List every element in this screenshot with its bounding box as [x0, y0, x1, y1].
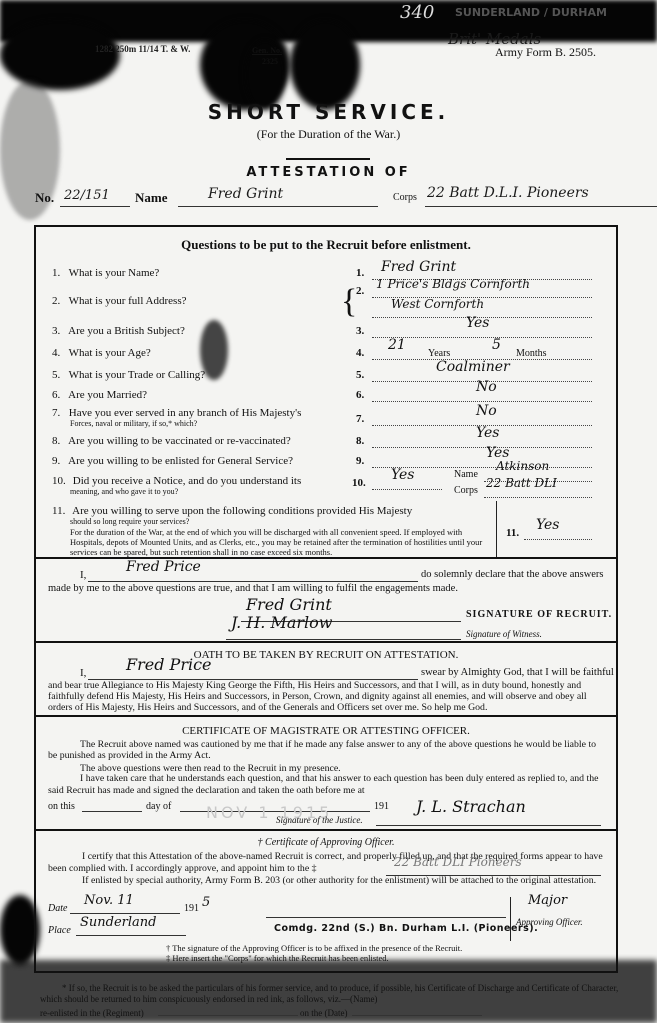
no-field[interactable]: 22/151 — [60, 188, 130, 207]
no-value: 22/151 — [64, 188, 110, 203]
answer-4-months: 5 — [492, 337, 501, 353]
corps-field[interactable]: 22 Batt D.L.I. Pioneers — [425, 188, 657, 207]
questions-heading: Questions to be put to the Recruit befor… — [36, 237, 616, 253]
no-label: No. — [35, 190, 54, 206]
answer-num-1: 1. — [356, 267, 364, 279]
stain-top-center-right — [290, 20, 360, 110]
place-value: Sunderland — [80, 915, 156, 930]
notice-name-value: Atkinson — [496, 459, 549, 473]
answer-6: No — [476, 379, 497, 395]
approval-year-prefix: 191 — [184, 903, 199, 914]
archive-stamp: SUNDERLAND / DURHAM — [455, 6, 607, 19]
answer-11: Yes — [536, 517, 560, 533]
declaration-text-2: made by me to the above questions are tr… — [48, 583, 458, 594]
question-9: 9. Are you willing to be enlisted for Ge… — [52, 455, 293, 467]
question-7: 7. Have you ever served in any branch of… — [52, 407, 301, 428]
attestation-frame: Questions to be put to the Recruit befor… — [34, 225, 618, 973]
officer-stamp: Comdg. 22nd (S.) Bn. Durham L.I. (Pionee… — [274, 923, 538, 934]
notice-corps-value: 22 Batt DLI — [486, 476, 557, 490]
magistrate-section: CERTIFICATE OF MAGISTRATE OR ATTESTING O… — [36, 717, 616, 831]
corps-label: Corps — [393, 192, 417, 203]
name-label: Name — [135, 190, 168, 206]
stain-top-left — [0, 20, 120, 90]
print-code: 1282 250m 11/14 T. & W. — [95, 44, 190, 54]
date-label: Date — [48, 903, 67, 914]
bracket — [496, 501, 497, 557]
footnote-regiment-label: re-enlisted in the (Regiment) — [40, 1007, 144, 1019]
appointed-corps: 22 Batt DLI Pioneers — [394, 855, 522, 869]
approving-p2: If enlisted by special authority, Army F… — [48, 875, 603, 887]
officer-bracket — [510, 897, 511, 941]
question-3: 3. Are you a British Subject? — [52, 325, 185, 337]
title-short-service: SHORT SERVICE. — [0, 100, 657, 124]
question-1: 1. What is your Name? — [52, 267, 159, 279]
answer-10: Yes — [391, 467, 415, 483]
answer-num-3: 3. — [356, 325, 364, 337]
answer-1: Fred Grint — [381, 259, 456, 275]
question-11: 11. Are you willing to serve upon the fo… — [52, 505, 492, 526]
question-6: 6. Are you Married? — [52, 389, 147, 401]
magistrate-heading: CERTIFICATE OF MAGISTRATE OR ATTESTING O… — [36, 725, 616, 737]
approving-officer-label: Approving Officer. — [516, 917, 583, 927]
oath-name-value: Fred Price — [126, 655, 212, 674]
answer-num-4: 4. — [356, 347, 364, 359]
answer-num-9: 9. — [356, 455, 364, 467]
recruit-header-row: No. 22/151 Name Fred Grint Corps 22 Batt… — [30, 188, 657, 210]
witness-signature-label: Signature of Witness. — [466, 629, 542, 639]
approving-section: † Certificate of Approving Officer. I ce… — [36, 831, 616, 969]
answer-num-2: 2. — [356, 285, 364, 297]
footnote-date-label: on the (Date) — [300, 1007, 347, 1019]
footnote-text: * If so, the Recruit is to be asked the … — [40, 983, 620, 1005]
answer-4-years: 21 — [388, 337, 406, 353]
question-4: 4. What is your Age? — [52, 347, 151, 359]
justice-signature: J. L. Strachan — [416, 797, 526, 816]
answer-num-8: 8. — [356, 435, 364, 447]
on-this-label: on this — [48, 801, 75, 812]
oath-text: and bear true Allegiance to His Majesty … — [48, 680, 603, 713]
name-value: Fred Grint — [208, 186, 283, 202]
witness-signature: J. H. Marlow — [231, 613, 332, 632]
notice-name-label: Name — [454, 469, 478, 480]
date-value: Nov. 11 — [84, 893, 134, 908]
answer-num-7: 7. — [356, 413, 364, 425]
oath-prefix: I, — [80, 667, 86, 679]
approving-heading: † Certificate of Approving Officer. — [36, 837, 616, 848]
footnote-regiment-field[interactable] — [158, 1005, 298, 1016]
answer-2b: West Cornforth — [391, 297, 484, 311]
question-10: 10. Did you receive a Notice, and do you… — [52, 475, 301, 496]
gen-no-value: 2325 — [262, 57, 278, 66]
title-attestation: ATTESTATION OF — [0, 165, 657, 180]
title-subtitle: (For the Duration of the War.) — [0, 127, 657, 142]
question-2: 2. What is your full Address? — [52, 295, 187, 307]
questions-section: Questions to be put to the Recruit befor… — [36, 227, 616, 559]
question-8: 8. Are you willing to be vaccinated or r… — [52, 435, 291, 447]
brace: { — [341, 283, 357, 321]
magistrate-p3: I have taken care that he understands ea… — [48, 773, 603, 796]
declaration-prefix: I, — [80, 569, 86, 581]
approval-year-value: 5 — [202, 895, 210, 910]
corps-value: 22 Batt D.L.I. Pioneers — [427, 185, 589, 201]
answer-2a: 1 Price's Bldgs Cornforth — [376, 277, 530, 291]
justice-signature-label: Signature of the Justice. — [276, 815, 363, 825]
service-conditions: For the duration of the War, at the end … — [70, 527, 495, 557]
answer-3: Yes — [466, 315, 490, 331]
place-label: Place — [48, 925, 71, 936]
answer-5: Coalminer — [436, 359, 510, 375]
answer-num-5: 5. — [356, 369, 364, 381]
years-label: Years — [428, 348, 450, 359]
declaration-text-1: do solemnly declare that the above answe… — [421, 569, 604, 580]
approving-signature-field[interactable] — [266, 905, 506, 918]
officer-rank: Major — [528, 893, 567, 908]
answer-num-6: 6. — [356, 389, 364, 401]
approving-note-1: † The signature of the Approving Officer… — [166, 943, 586, 953]
title-rule — [286, 158, 370, 160]
year-prefix: 191 — [374, 801, 389, 812]
months-label: Months — [516, 348, 547, 359]
oath-section: OATH TO BE TAKEN BY RECRUIT ON ATTESTATI… — [36, 643, 616, 717]
answer-num-10: 10. — [352, 477, 366, 489]
gen-no-label: Gen. No. — [252, 46, 282, 55]
magistrate-p1: The Recruit above named was cautioned by… — [48, 739, 603, 761]
answer-7: No — [476, 403, 497, 419]
declaration-section: I, Fred Price do solemnly declare that t… — [36, 559, 616, 643]
oath-text-1: swear by Almighty God, that I will be fa… — [421, 667, 614, 678]
annotation-number: 340 — [400, 2, 434, 23]
oath-heading: OATH TO BE TAKEN BY RECRUIT ON ATTESTATI… — [36, 649, 616, 661]
day-field[interactable] — [82, 799, 142, 812]
day-of-label: day of — [146, 801, 171, 812]
answer-8: Yes — [476, 425, 500, 441]
recruit-signature: Fred Grint — [246, 595, 332, 614]
answer-num-11: 11. — [506, 527, 519, 539]
form-number: Army Form B. 2505. — [495, 45, 596, 60]
question-5: 5. What is your Trade or Calling? — [52, 369, 205, 381]
footnote-date-field[interactable] — [352, 1005, 482, 1016]
declaration-name-value: Fred Price — [126, 559, 201, 575]
name-field[interactable]: Fred Grint — [178, 188, 378, 207]
notice-corps-label: Corps — [454, 485, 478, 496]
recruit-signature-label: SIGNATURE OF RECRUIT. — [466, 609, 612, 620]
approving-note-2: ‡ Here insert the "Corps" for which the … — [166, 953, 586, 963]
